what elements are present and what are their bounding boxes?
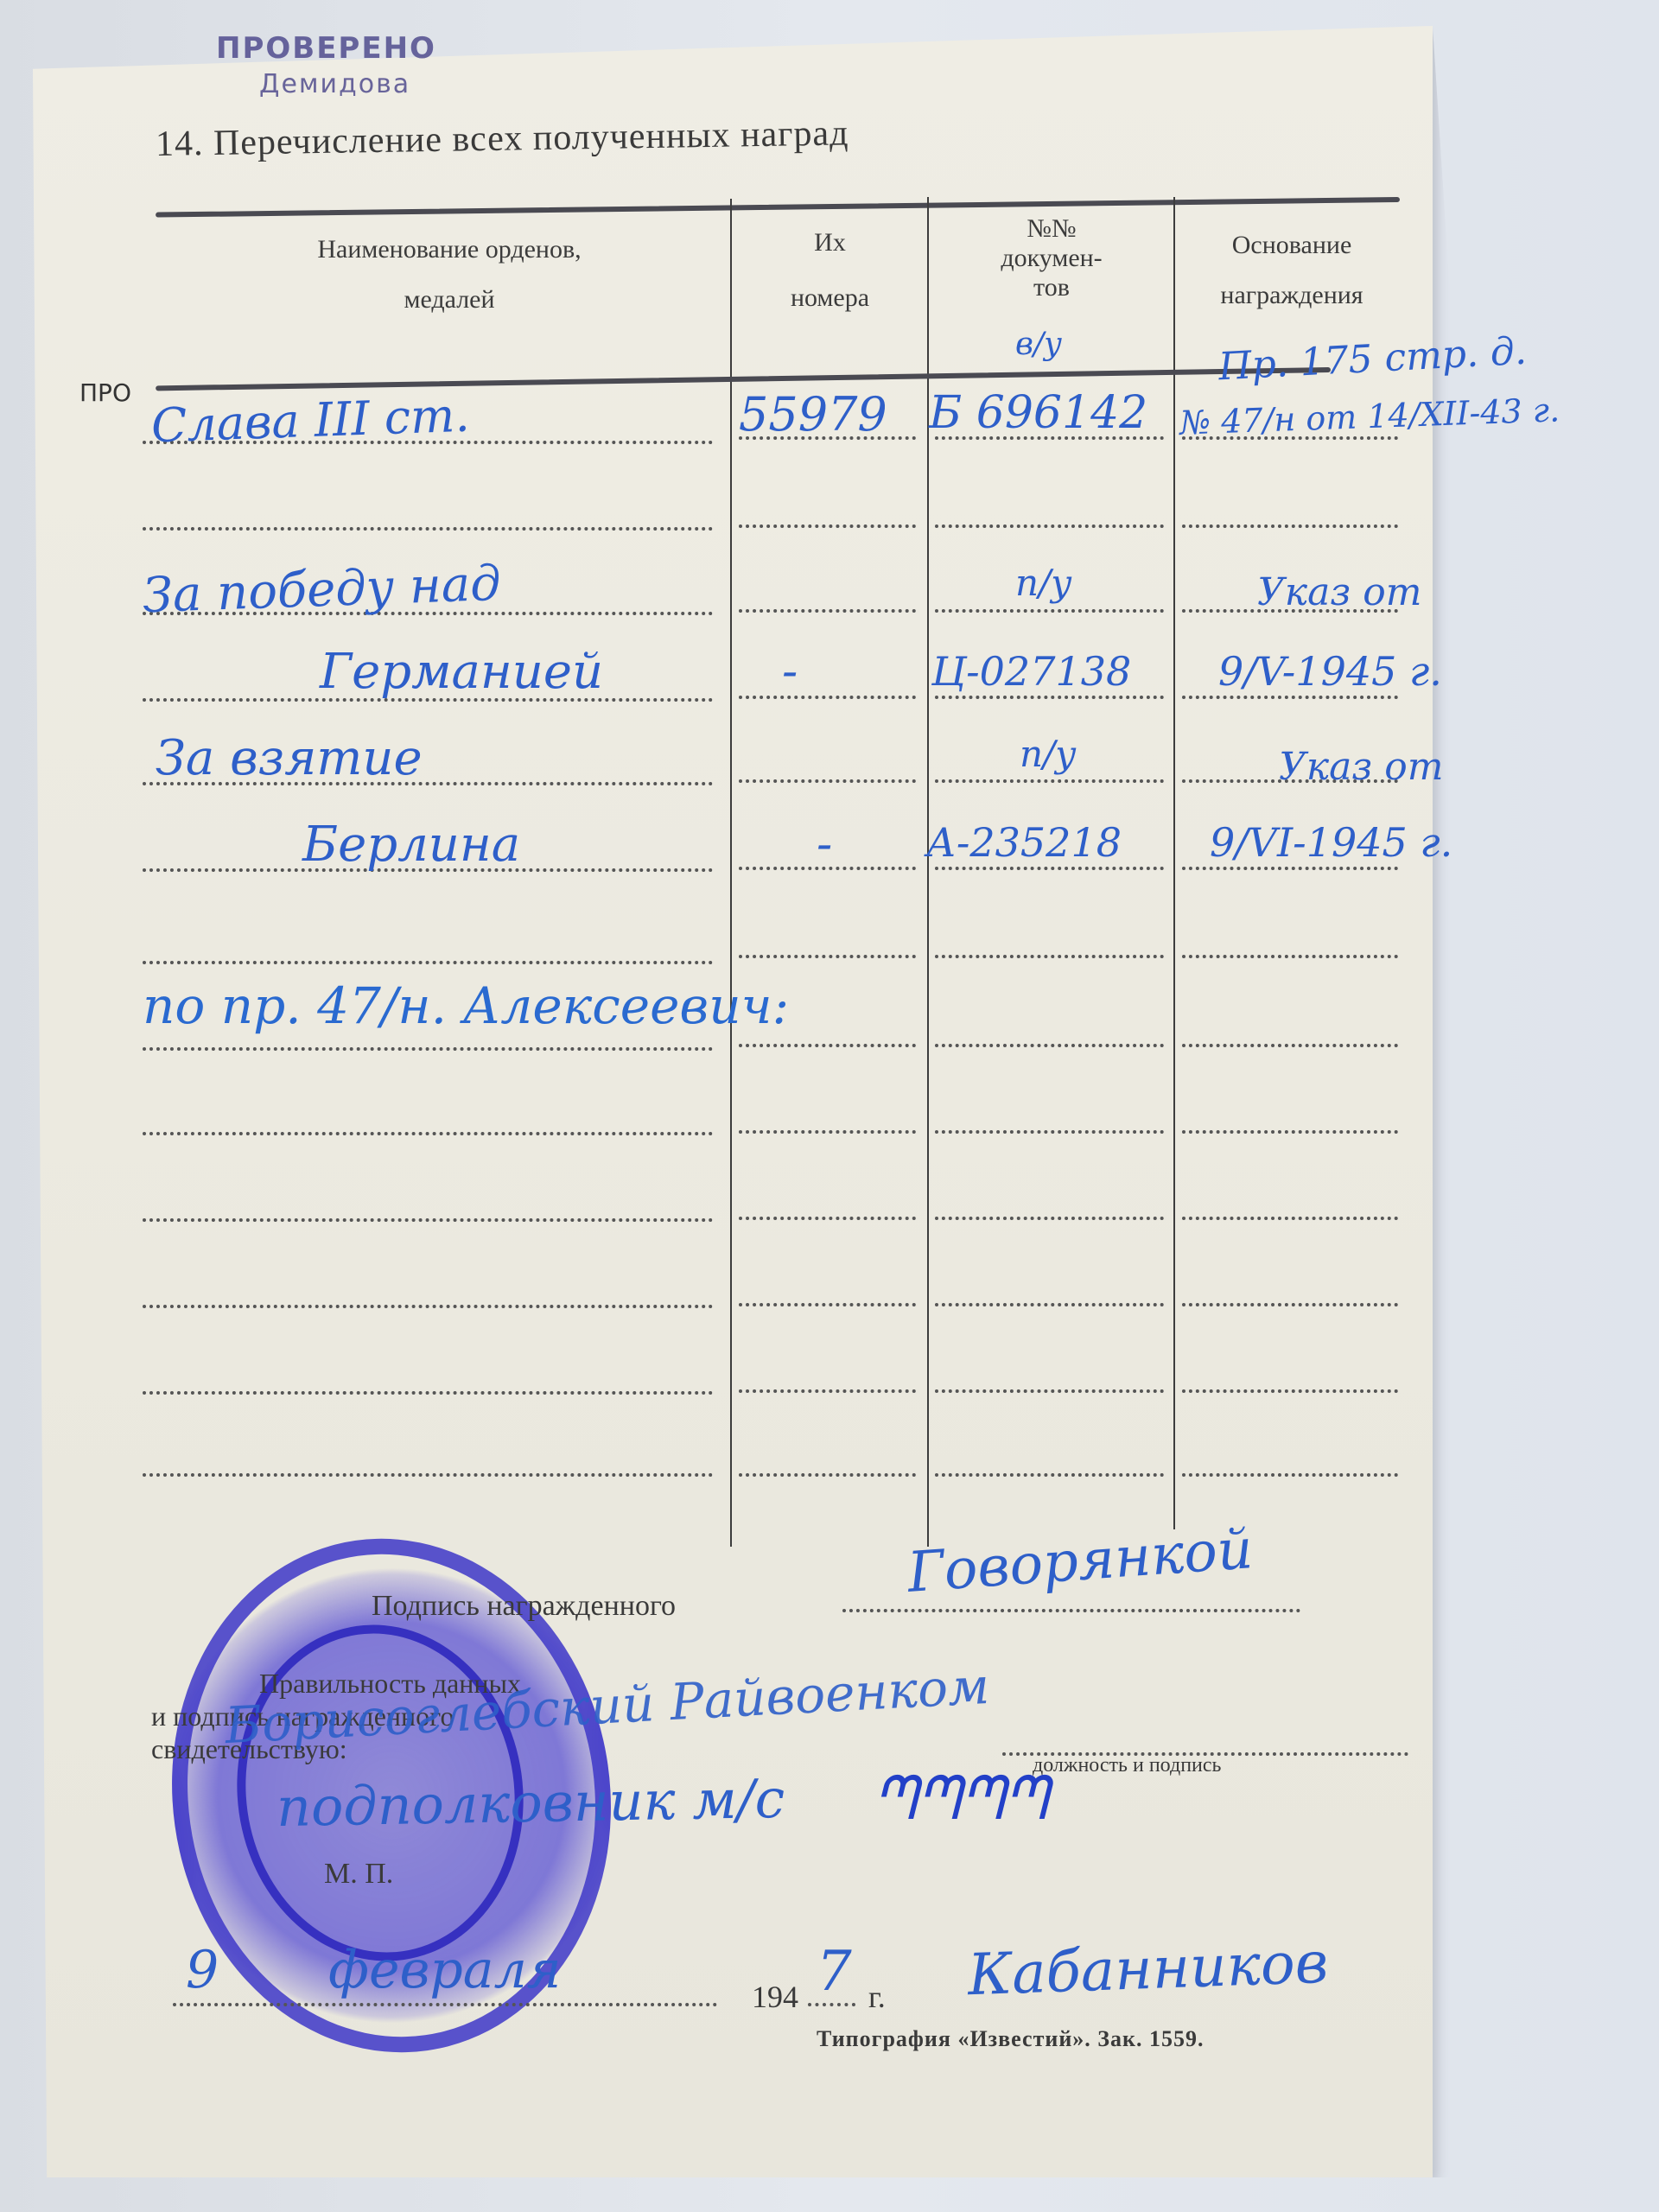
row-line [935, 696, 1164, 699]
header-numbers: Их номера [733, 226, 927, 315]
row-line [739, 779, 916, 783]
row-line [739, 696, 916, 699]
row-line [1182, 955, 1398, 958]
seal-placeholder-label: М. П. [324, 1858, 393, 1891]
row-line [935, 609, 1164, 613]
verifier-signature: Кабанников [967, 1929, 1330, 2009]
date-line [173, 2003, 717, 2006]
row-line [935, 1303, 1164, 1306]
document-prefix: п/у [1015, 562, 1072, 604]
row-line [1182, 1389, 1398, 1393]
row-line [1182, 1303, 1398, 1306]
row-line [739, 1303, 916, 1306]
award-basis-line2: 9/V-1945 г. [1218, 648, 1442, 695]
row-line [143, 1218, 713, 1222]
document-number: А-235218 [926, 819, 1122, 866]
date-month: февраля [328, 1940, 562, 2000]
row-line [143, 1132, 713, 1135]
row-line [935, 1473, 1164, 1477]
award-basis-line2: 9/VI-1945 г. [1210, 819, 1452, 866]
row-line [935, 524, 1164, 528]
row-line [935, 779, 1164, 783]
document-prefix: в/у [1015, 327, 1062, 362]
row-line [739, 524, 916, 528]
row-line [739, 1044, 916, 1047]
date-day: 9 [186, 1940, 219, 2000]
column-divider-3 [1173, 197, 1175, 1529]
row-line [143, 1391, 713, 1395]
row-line [1182, 524, 1398, 528]
header-basis: Основание награждения [1175, 229, 1408, 312]
document-number: Ц-027138 [931, 648, 1131, 695]
award-number: - [782, 644, 798, 698]
award-name: Слава III ст. [150, 388, 470, 454]
row-line [739, 1130, 916, 1134]
row-line [1182, 1130, 1398, 1134]
margin-stamp-fragment: ПРО [79, 378, 131, 407]
row-line [1182, 1044, 1398, 1047]
header-documents: №№ докумен- тов [930, 214, 1173, 302]
date-year-suffix-label: г. [868, 1979, 886, 2015]
row-line [739, 1389, 916, 1393]
row-line [739, 1217, 916, 1220]
row-line [143, 527, 713, 531]
row-line [739, 955, 916, 958]
document-number: Б 696142 [929, 387, 1147, 439]
table-note: по пр. 47/н. Алексеевич: [143, 976, 789, 1035]
row-line [739, 609, 916, 613]
column-divider-1 [730, 199, 732, 1547]
recipient-signature-line [842, 1609, 1300, 1612]
row-line [1182, 1473, 1398, 1477]
row-line [935, 1389, 1164, 1393]
row-line [739, 1473, 916, 1477]
row-line [935, 1130, 1164, 1134]
position-caption: должность и подпись [1033, 1754, 1221, 1777]
row-line [143, 961, 713, 964]
date-year-prefix: 194 [752, 1979, 798, 2015]
row-line [1182, 696, 1398, 699]
row-line [143, 1047, 713, 1051]
row-line [935, 955, 1164, 958]
date-year-line [808, 2003, 855, 2006]
verifier-signature-scrawl: ᘉᘉᘉᘉ [873, 1763, 1047, 1834]
row-line [935, 867, 1164, 870]
award-name-line2: Германией [320, 644, 603, 700]
verifier-position-line2: подполковник м/с [276, 1767, 785, 1839]
printer-imprint: Типография «Известий». Зак. 1559. [817, 2026, 1205, 2052]
award-number: 55979 [739, 387, 887, 442]
row-line [935, 1217, 1164, 1220]
row-line [935, 1044, 1164, 1047]
date-year-suffix: 7 [817, 1940, 852, 2004]
award-basis-line1: Указ от [1257, 570, 1422, 614]
header-award-name: Наименование орденов, медалей [173, 233, 726, 316]
award-basis-line1: Указ от [1279, 745, 1444, 789]
award-number: - [817, 817, 832, 871]
row-line [143, 1473, 713, 1477]
checked-stamp-line1: ПРОВЕРЕНО [216, 31, 436, 66]
award-name-line1: За взятие [156, 730, 423, 786]
recipient-signature-label: Подпись награжденного [372, 1590, 676, 1623]
row-line [1182, 1217, 1398, 1220]
award-name-line2: Берлина [302, 817, 520, 873]
row-line [1182, 867, 1398, 870]
checked-stamp-line2: Демидова [259, 69, 410, 99]
row-line [143, 1305, 713, 1308]
document-prefix: п/у [1020, 733, 1077, 775]
